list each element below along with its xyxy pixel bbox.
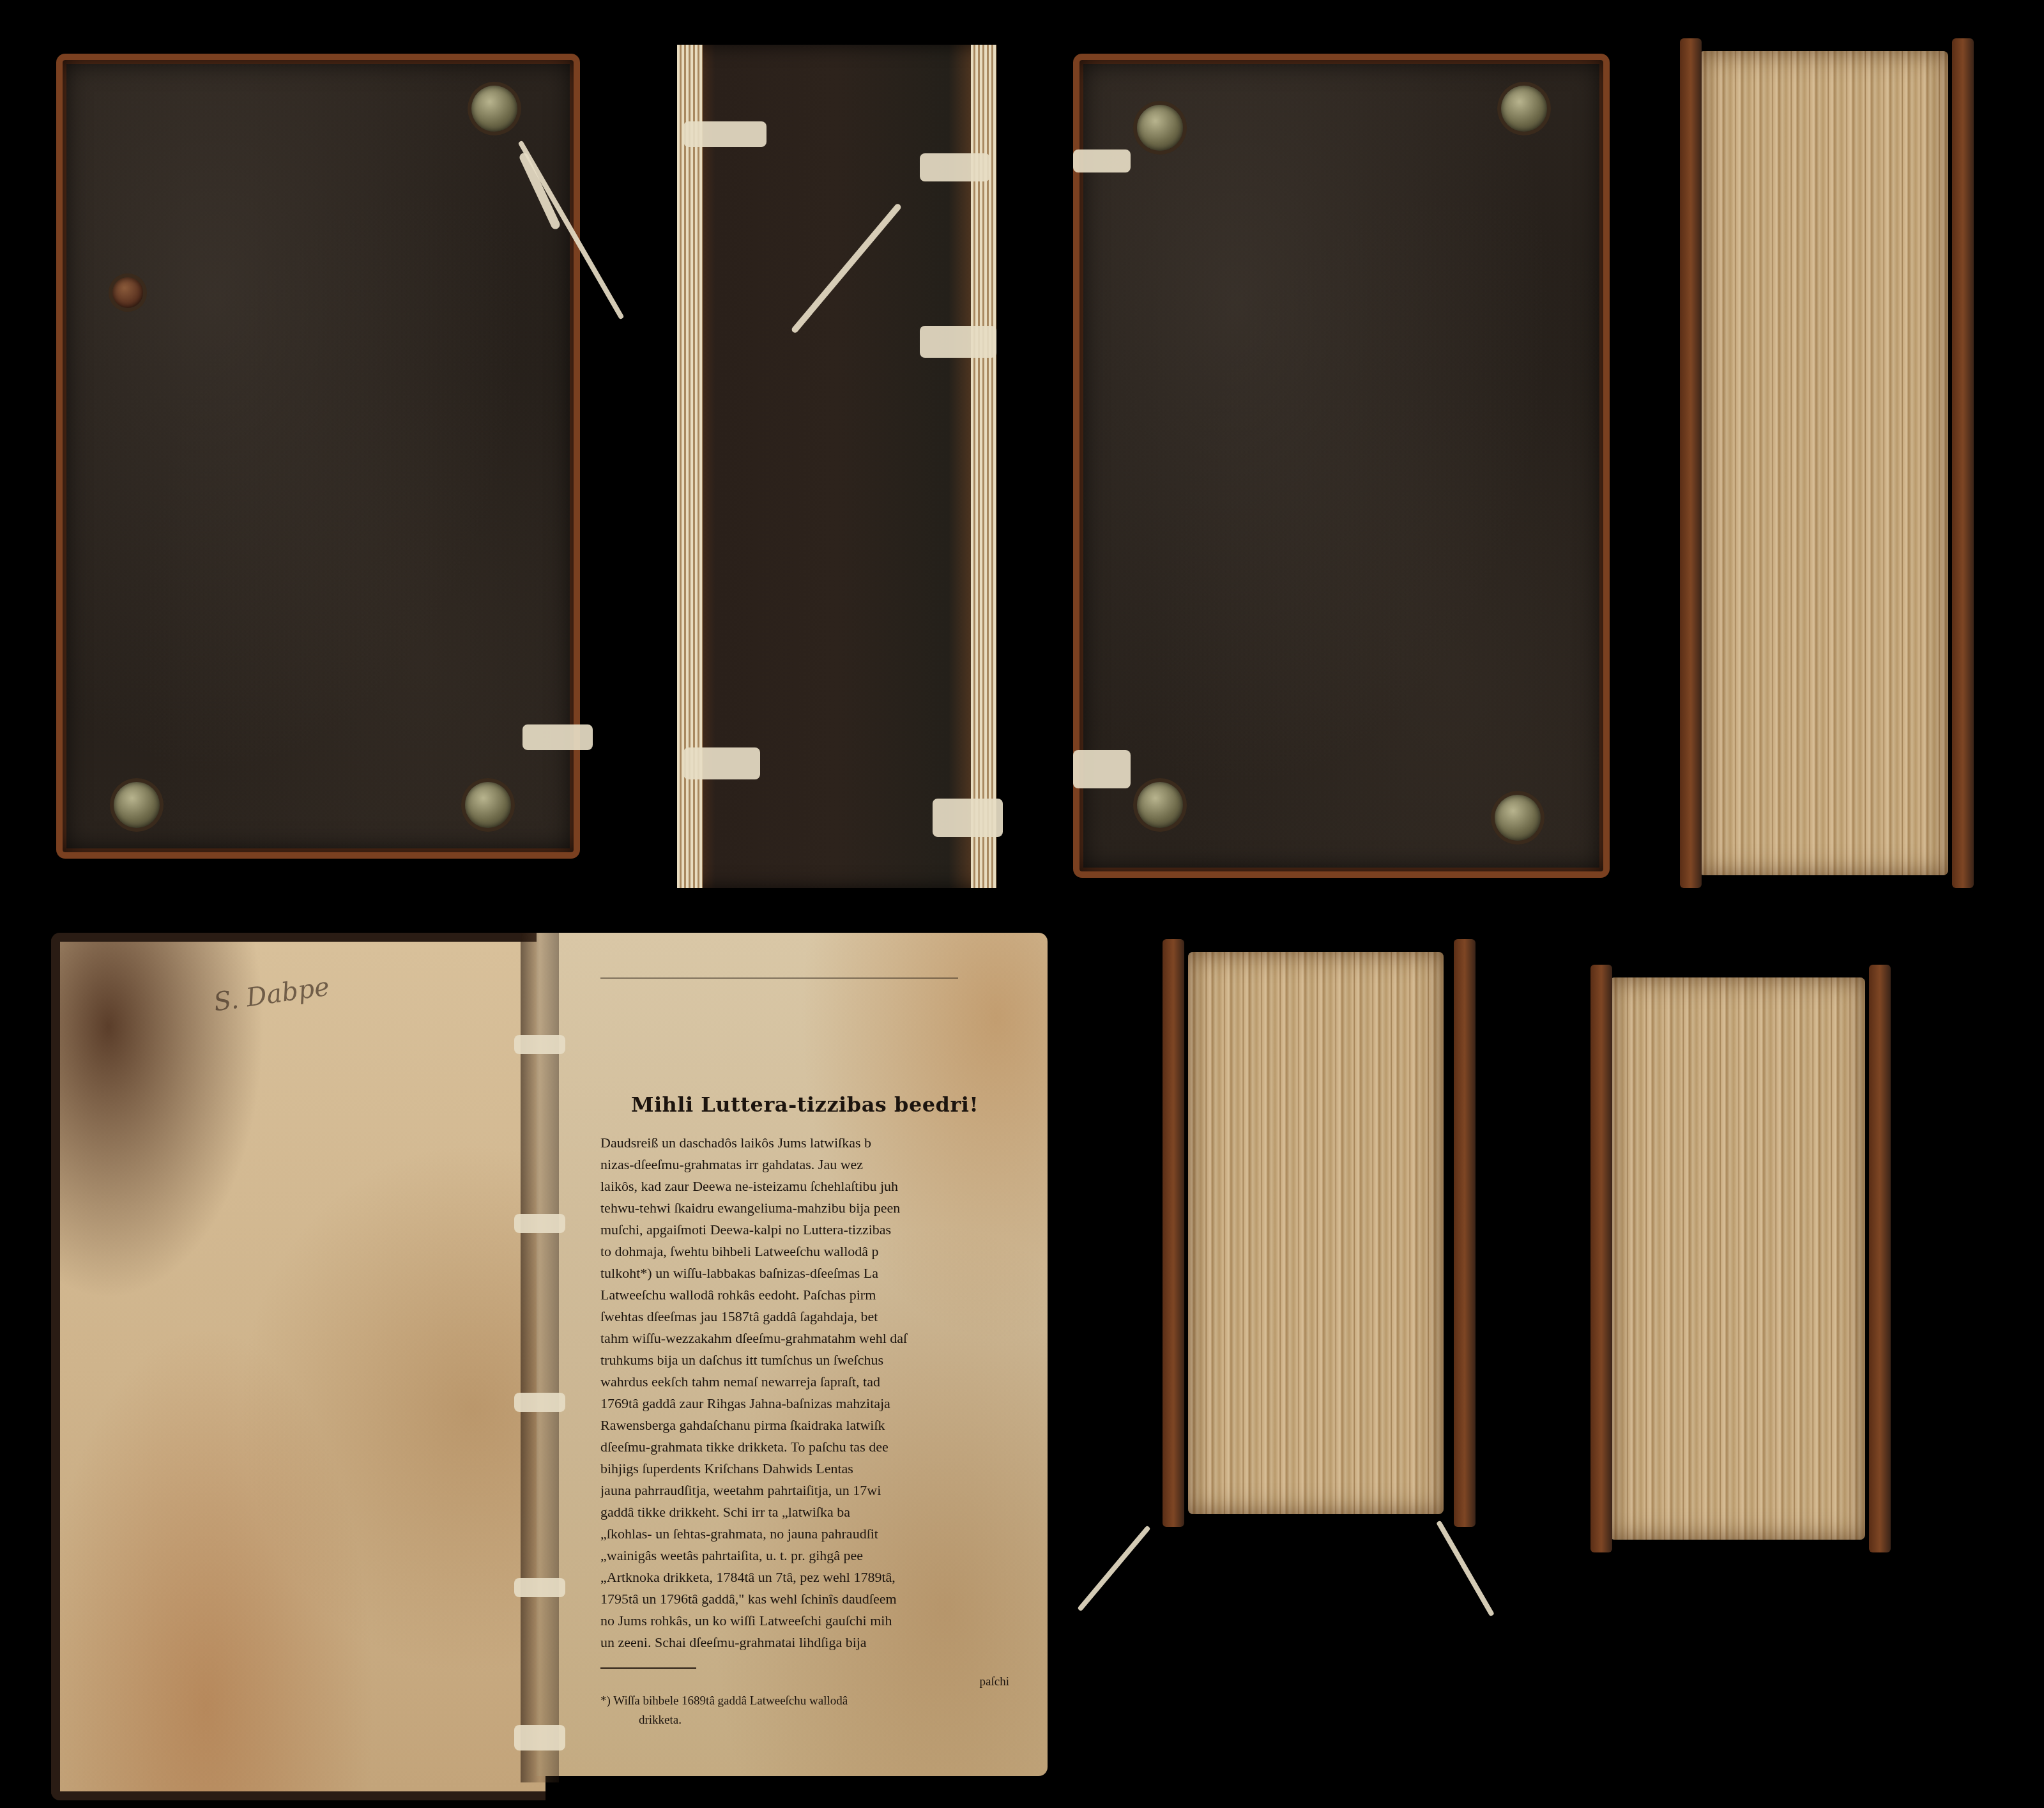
binding-thread	[920, 326, 996, 358]
page-heading: Mihli Luttera-tizzibas beedri!	[600, 1092, 1009, 1117]
binding-thread	[518, 151, 561, 231]
open-book: S. Dabpe Mihli Luttera-tizzibas beedri! …	[51, 933, 1060, 1782]
brass-stud-icon	[1137, 782, 1183, 828]
binding-thread	[933, 799, 1003, 837]
cover-board	[1680, 38, 1702, 888]
text-line: wahrdus eekſch tahm nemaſ newarreja ſapr…	[600, 1371, 1009, 1393]
text-line: Latweeſchu wallodâ rohkâs eedoht. Paſcha…	[600, 1284, 1009, 1306]
brass-stud-icon	[465, 782, 511, 828]
binding-thread	[514, 1393, 565, 1412]
footnote-line: *) Wiſſa bihbele 1689tâ gaddâ Latweeſchu…	[600, 1692, 1009, 1711]
binding-thread	[683, 121, 766, 147]
binding-thread	[920, 153, 990, 181]
brass-stud-icon	[1495, 795, 1541, 841]
binding-thread	[522, 724, 593, 750]
text-line: tahm wiſſu-wezzakahm dſeeſmu-grahmatahm …	[600, 1328, 1009, 1349]
text-line: truhkums bija un daſchus itt tumſchus un…	[600, 1349, 1009, 1371]
text-line: ſwehtas dſeeſmas jau 1587tâ gaddâ ſagahd…	[600, 1306, 1009, 1328]
cover-board	[1952, 38, 1974, 888]
loose-thread	[1077, 1525, 1150, 1611]
catchword: paſchi	[600, 1673, 1009, 1692]
rusted-stud-icon	[112, 277, 143, 308]
loose-thread	[1436, 1520, 1495, 1616]
footnote-line: drikketa.	[600, 1711, 1009, 1730]
binding-thread	[514, 1214, 565, 1233]
printed-text: Mihli Luttera-tizzibas beedri! Daudsreiß…	[600, 1092, 1009, 1730]
text-line: tehwu-tehwi ſkaidru ewangeliuma-mahzibu …	[600, 1197, 1009, 1219]
tail-edge-view	[1610, 977, 1865, 1540]
text-line: 1769tâ gaddâ zaur Rihgas Jahna-baſnizas …	[600, 1393, 1009, 1414]
text-line: Rawensberga gahdaſchanu pirma ſkaidraka …	[600, 1414, 1009, 1436]
binding-thread	[683, 747, 760, 779]
brass-stud-icon	[1137, 105, 1183, 151]
text-line: muſchi, apgaiſmoti Deewa-kalpi no Lutter…	[600, 1219, 1009, 1241]
brass-stud-icon	[114, 782, 160, 828]
text-line: gaddâ tikke drikkeht. Schi irr ta „latwi…	[600, 1501, 1009, 1523]
text-line: 1795tâ un 1796tâ gaddâ," kas wehl ſchinî…	[600, 1588, 1009, 1610]
text-line: dſeeſmu-grahmata tikke drikketa. To paſc…	[600, 1436, 1009, 1458]
text-line: „wainigâs weetâs pahrtaiſita, u. t. pr. …	[600, 1545, 1009, 1567]
binding-thread	[514, 1578, 565, 1597]
binding-thread	[1073, 750, 1131, 788]
cover-board	[1454, 939, 1476, 1527]
head-edge-view	[1188, 952, 1444, 1514]
binding-thread	[791, 203, 903, 334]
cover-board	[1163, 939, 1184, 1527]
binding-thread	[1073, 149, 1131, 172]
text-line: „ſkohlas- un ſehtas-grahmata, no jauna p…	[600, 1523, 1009, 1545]
text-line: nizas-dſeeſmu-grahmatas irr gahdatas. Ja…	[600, 1154, 1009, 1176]
brass-stud-icon	[1501, 86, 1547, 132]
brass-stud-icon	[471, 86, 517, 132]
binding-thread	[514, 1725, 565, 1751]
text-line: to dohmaja, ſwehtu bihbeli Latweeſchu wa…	[600, 1241, 1009, 1262]
book-gutter	[521, 933, 559, 1782]
text-line: bihjigs ſuperdents Kriſchans Dahwids Len…	[600, 1458, 1009, 1480]
fore-edge-view	[1699, 51, 1948, 875]
text-line: „Artknoka drikketa, 1784tâ un 7tâ, pez w…	[600, 1567, 1009, 1588]
text-line: jauna pahrraudſitja, weetahm pahrtaiſitj…	[600, 1480, 1009, 1501]
text-line: un zeeni. Schai dſeeſmu-grahmatai lihdſi…	[600, 1632, 1009, 1653]
left-endpaper: S. Dabpe	[51, 933, 545, 1800]
binding-thread	[514, 1035, 565, 1054]
text-line: Daudsreiß un daschadôs laikôs Jums latwi…	[600, 1132, 1009, 1154]
back-cover	[1073, 54, 1610, 878]
spine-view	[677, 45, 996, 888]
text-line: laikôs, kad zaur Deewa ne-isteizamu ſche…	[600, 1176, 1009, 1197]
footnote-rule	[600, 1667, 696, 1669]
text-line: no Jums rohkâs, un ko wiſſi Latweeſchi g…	[600, 1610, 1009, 1632]
front-cover	[56, 54, 580, 859]
cover-board	[1869, 965, 1891, 1552]
cover-board	[1590, 965, 1612, 1552]
text-line: tulkoht*) un wiſſu-labbakas baſnizas-dſe…	[600, 1262, 1009, 1284]
handwritten-inscription: S. Dabpe	[212, 972, 332, 1018]
header-rule	[600, 977, 958, 979]
title-page: Mihli Luttera-tizzibas beedri! Daudsreiß…	[537, 933, 1048, 1776]
